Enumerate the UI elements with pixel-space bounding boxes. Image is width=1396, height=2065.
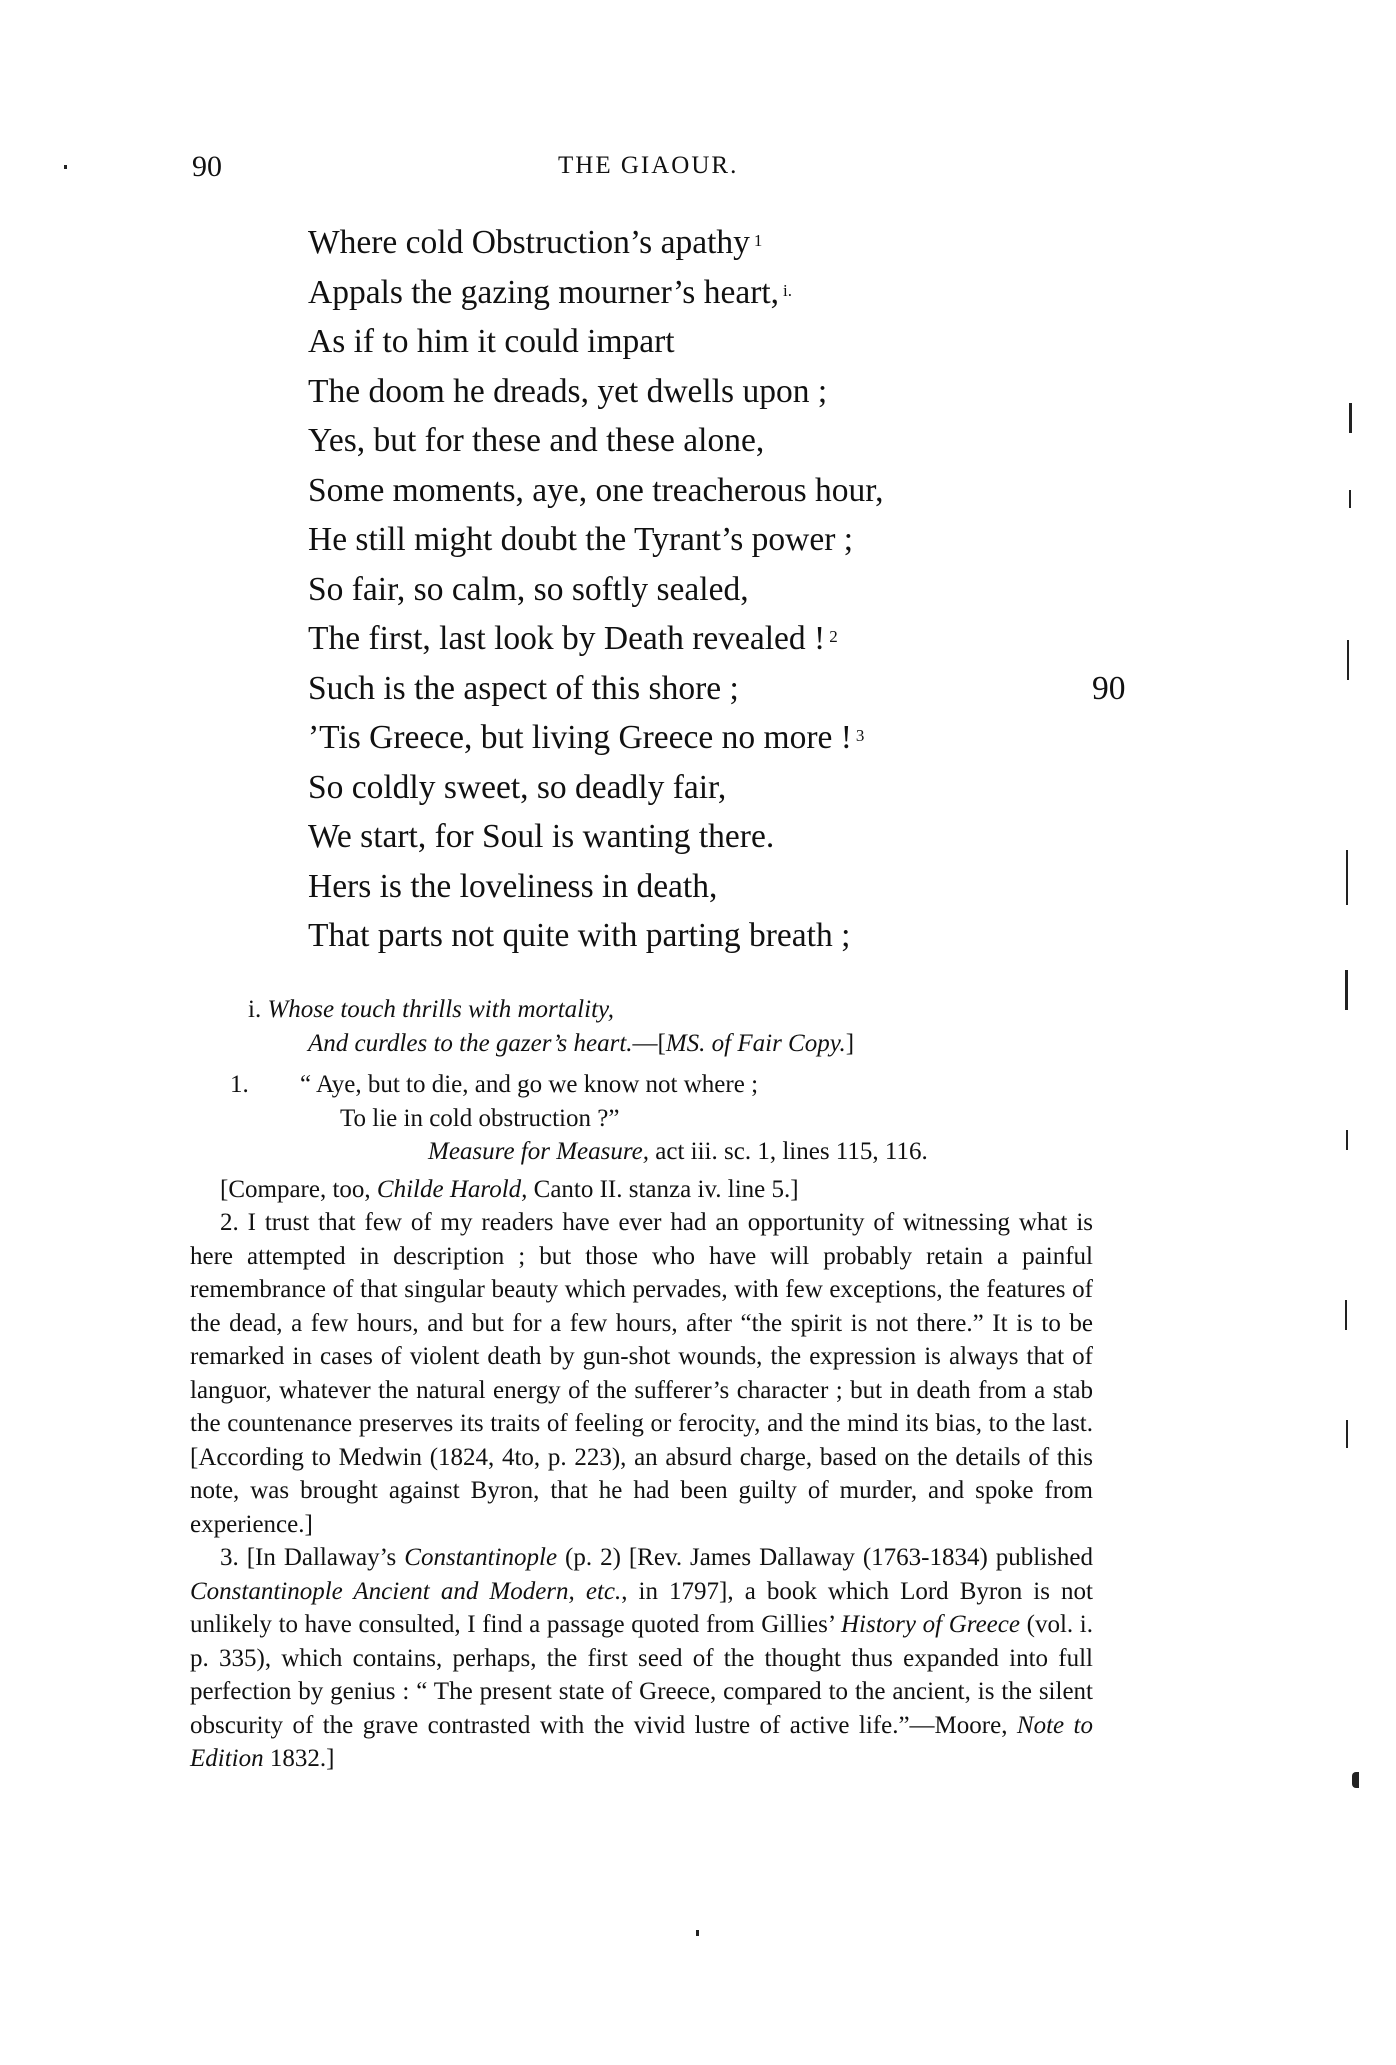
footnote-ref: 1 — [754, 231, 763, 250]
scan-speck — [64, 165, 67, 169]
page-number: 90 — [192, 150, 222, 184]
verse-line: The first, last look by Death revealed !… — [308, 614, 883, 664]
verse-line: Appals the gazing mourner’s heart,i. — [308, 268, 883, 318]
verse-line: That parts not quite with parting breath… — [308, 911, 883, 961]
line-number: 90 — [1092, 664, 1126, 714]
footnote-1: 1.“ Aye, but to die, and go we know not … — [190, 1068, 1093, 1102]
verse-line: So fair, so calm, so softly sealed, — [308, 565, 883, 615]
verse-line: Where cold Obstruction’s apathy1 — [308, 218, 883, 268]
verse-line: The doom he dreads, yet dwells upon ; — [308, 367, 883, 417]
footnote-2: 2. I trust that few of my readers have e… — [190, 1206, 1093, 1541]
footnote-1-quote: To lie in cold obstruction ?” — [190, 1102, 1093, 1136]
footnote-ref: 3 — [856, 726, 865, 745]
footnote-1-citation: Measure for Measure, act iii. sc. 1, lin… — [190, 1135, 1093, 1169]
verse-line: He still might doubt the Tyrant’s power … — [308, 515, 883, 565]
verse-line: Some moments, aye, one treacherous hour, — [308, 466, 883, 516]
scan-edge-mark — [1346, 850, 1348, 905]
scan-edge-mark — [1352, 1772, 1359, 1788]
variant-ref: i. — [783, 281, 792, 300]
variant-note: i. Whose touch thrills with mortality, — [190, 993, 1093, 1027]
verse-line: Such is the aspect of this shore ;90 — [308, 664, 883, 714]
footnote-1-compare: [Compare, too, Childe Harold, Canto II. … — [190, 1173, 1093, 1207]
verse-line: We start, for Soul is wanting there. — [308, 812, 883, 862]
scan-edge-mark — [1349, 403, 1352, 433]
scan-edge-mark — [1345, 1300, 1347, 1330]
footnote-ref: 2 — [829, 627, 838, 646]
running-title: THE GIAOUR. — [558, 152, 738, 180]
footnotes: i. Whose touch thrills with mortality, A… — [190, 993, 1093, 1776]
verse-line: ’Tis Greece, but living Greece no more !… — [308, 713, 883, 763]
scan-edge-mark — [1346, 1420, 1348, 1448]
poem-stanza: Where cold Obstruction’s apathy1 Appals … — [308, 218, 883, 961]
scan-speck — [696, 1930, 699, 1936]
footnote-3: 3. [In Dallaway’s Constantinople (p. 2) … — [190, 1541, 1093, 1776]
verse-line: As if to him it could impart — [308, 317, 883, 367]
scan-edge-mark — [1345, 970, 1348, 1010]
scan-edge-mark — [1347, 640, 1349, 680]
scan-edge-mark — [1349, 490, 1351, 508]
variant-note-cont: And curdles to the gazer’s heart.—[MS. o… — [190, 1027, 1093, 1061]
verse-line: Hers is the loveliness in death, — [308, 862, 883, 912]
scan-edge-mark — [1346, 1130, 1348, 1150]
verse-line: Yes, but for these and these alone, — [308, 416, 883, 466]
verse-line: So coldly sweet, so deadly fair, — [308, 763, 883, 813]
